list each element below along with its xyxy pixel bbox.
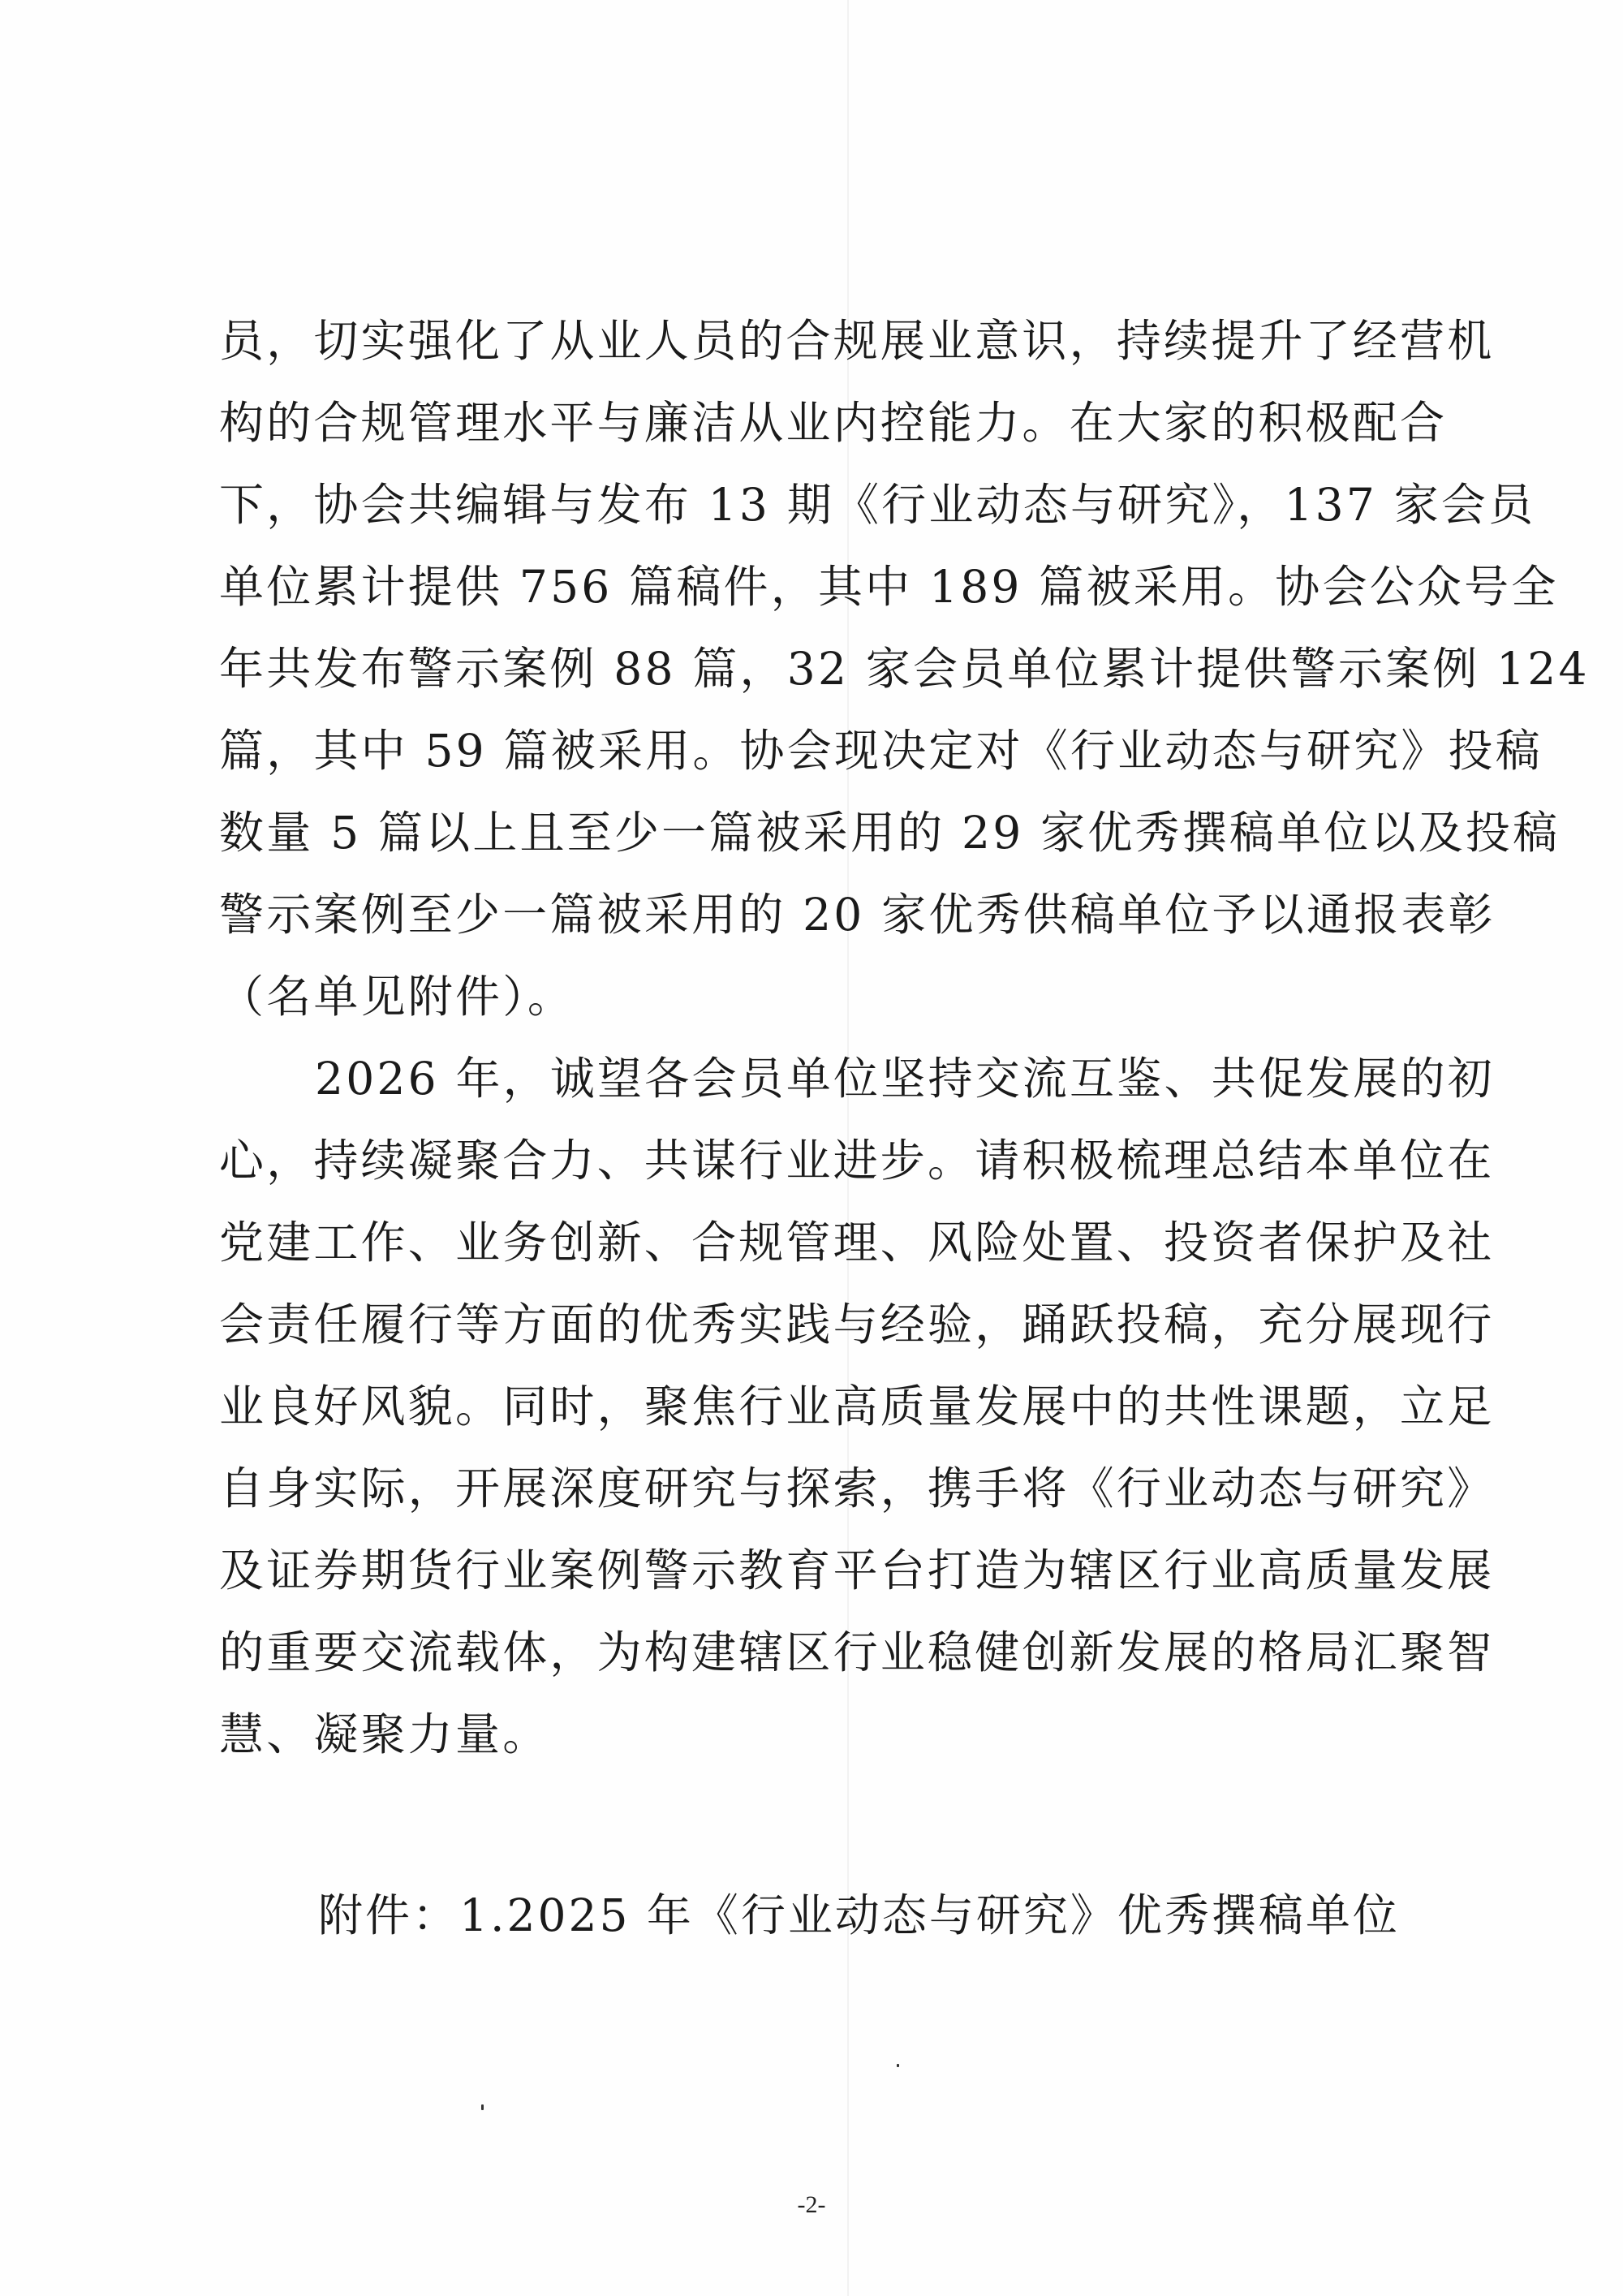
- text-line: （名单见附件）。: [219, 956, 1428, 1038]
- text-line: 2026 年，诚望各会员单位坚持交流互鉴、共促发展的初: [219, 1038, 1428, 1120]
- paragraph-2: 2026 年，诚望各会员单位坚持交流互鉴、共促发展的初 心，持续凝聚合力、共谋行…: [219, 1038, 1428, 1776]
- text-line: 慧、凝聚力量。: [219, 1694, 1428, 1776]
- paragraph-1: 员，切实强化了从业人员的合规展业意识，持续提升了经营机 构的合规管理水平与廉洁从…: [219, 300, 1428, 1038]
- document-body: 员，切实强化了从业人员的合规展业意识，持续提升了经营机 构的合规管理水平与廉洁从…: [219, 300, 1428, 1776]
- text-line: 警示案例至少一篇被采用的 20 家优秀供稿单位予以通报表彰: [219, 874, 1428, 956]
- text-line: 会责任履行等方面的优秀实践与经验，踊跃投稿，充分展现行: [219, 1284, 1428, 1366]
- text-line: 构的合规管理水平与廉洁从业内控能力。在大家的积极配合: [219, 382, 1428, 464]
- scan-speck: [897, 2064, 899, 2067]
- text-line: 数量 5 篇以上且至少一篇被采用的 29 家优秀撰稿单位以及投稿: [219, 792, 1428, 874]
- text-line: 单位累计提供 756 篇稿件，其中 189 篇被采用。协会公众号全: [219, 546, 1428, 628]
- page-number: -2-: [0, 2191, 1623, 2219]
- text-line: 年共发布警示案例 88 篇，32 家会员单位累计提供警示案例 124: [219, 628, 1428, 710]
- attachment-line: 附件：1.2025 年《行业动态与研究》优秀撰稿单位: [318, 1875, 1400, 1957]
- text-line: 党建工作、业务创新、合规管理、风险处置、投资者保护及社: [219, 1202, 1428, 1284]
- text-line: 篇，其中 59 篇被采用。协会现决定对《行业动态与研究》投稿: [219, 710, 1428, 792]
- text-line: 自身实际，开展深度研究与探索，携手将《行业动态与研究》: [219, 1448, 1428, 1530]
- text-line: 心，持续凝聚合力、共谋行业进步。请积极梳理总结本单位在: [219, 1120, 1428, 1202]
- text-line: 下，协会共编辑与发布 13 期《行业动态与研究》，137 家会员: [219, 464, 1428, 546]
- text-line: 的重要交流载体，为构建辖区行业稳健创新发展的格局汇聚智: [219, 1612, 1428, 1694]
- text-line: 业良好风貌。同时，聚焦行业高质量发展中的共性课题，立足: [219, 1366, 1428, 1448]
- text-line: 及证券期货行业案例警示教育平台打造为辖区行业高质量发展: [219, 1530, 1428, 1612]
- text-line: 员，切实强化了从业人员的合规展业意识，持续提升了经营机: [219, 300, 1428, 382]
- document-page: 员，切实强化了从业人员的合规展业意识，持续提升了经营机 构的合规管理水平与廉洁从…: [0, 0, 1623, 2296]
- scan-speck: [481, 2104, 484, 2110]
